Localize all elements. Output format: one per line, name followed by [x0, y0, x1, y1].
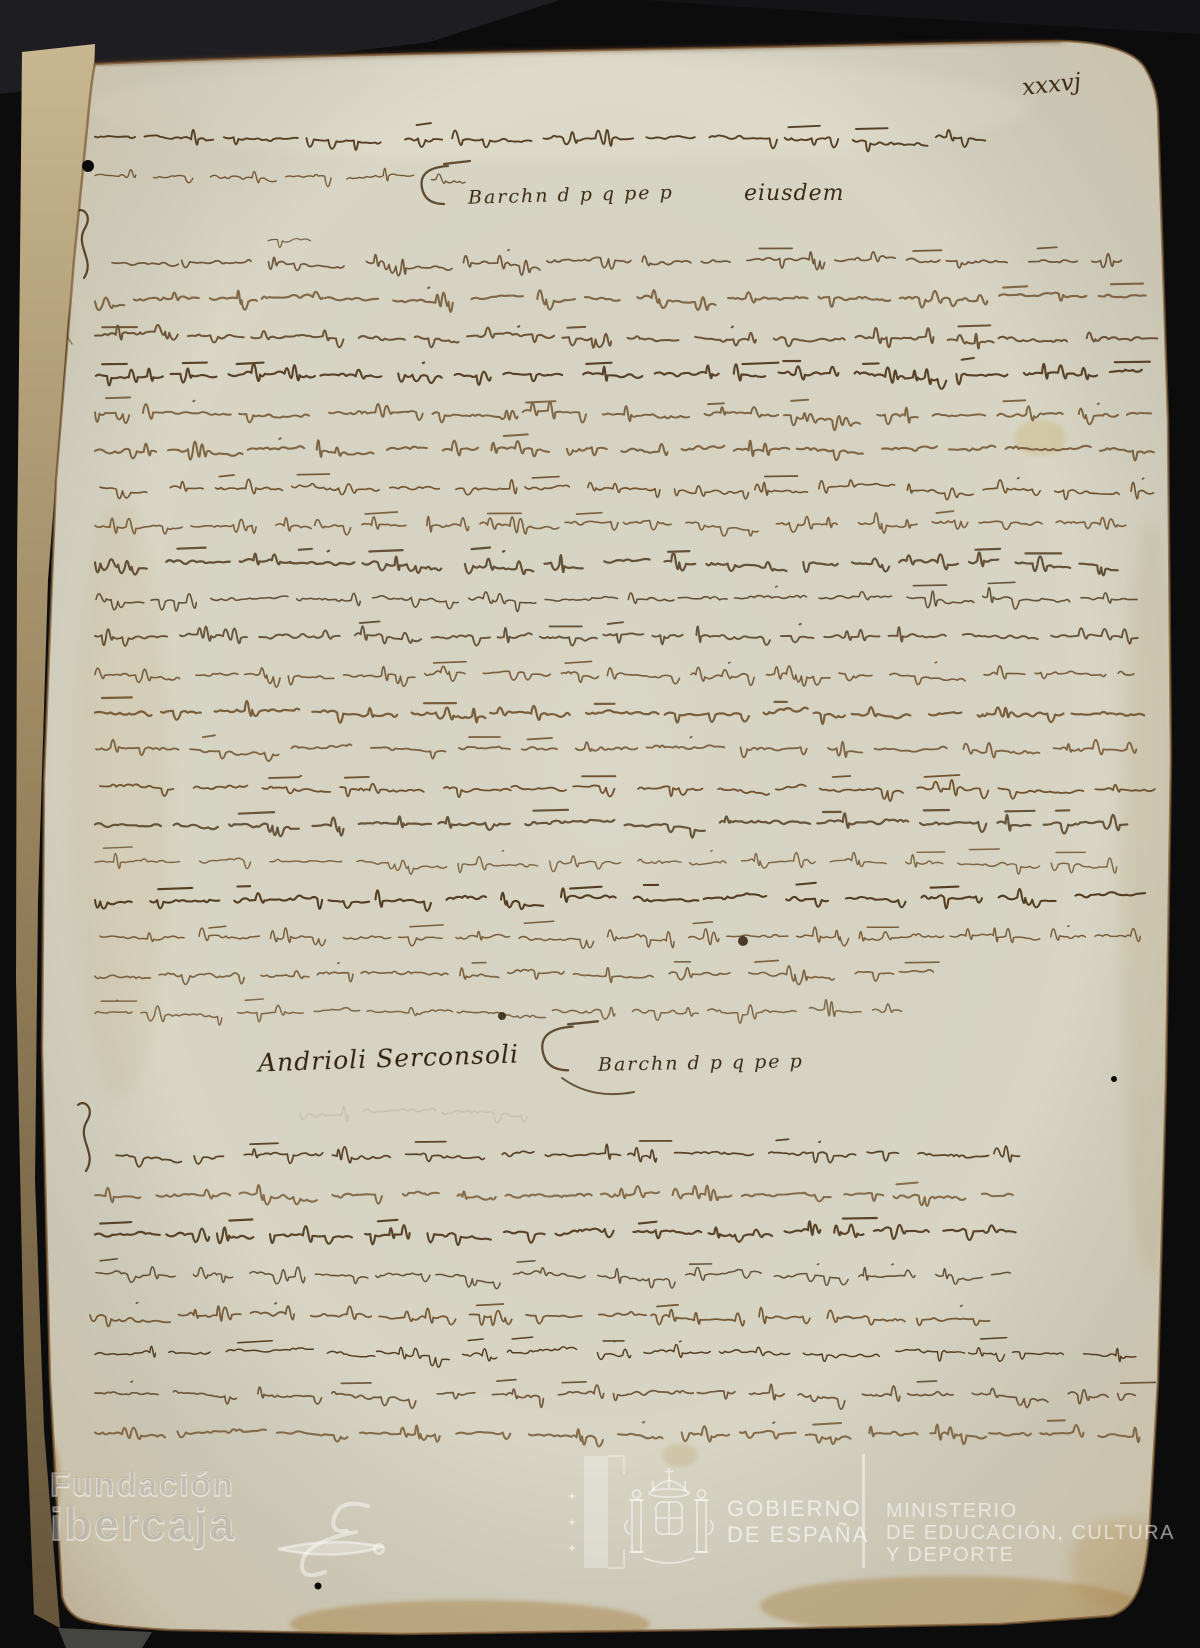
government-name-line1: GOBIERNO: [727, 1496, 862, 1522]
ibercaja-watermark: Fundación ibercaja: [50, 1466, 236, 1546]
ink-blot: [498, 1012, 506, 1020]
government-name-line2: DE ESPAÑA: [727, 1522, 869, 1548]
dateline-top-note: eiusdem: [744, 181, 844, 206]
spain-coat-of-arms-icon: [614, 1460, 724, 1578]
dateline-closing-text: Barchn d p q pe p: [598, 1050, 804, 1076]
page-svg: [0, 0, 1200, 1648]
ibercaja-watermark-subtitle: ibercaja: [50, 1504, 236, 1546]
manuscript-scan: xxxvj Barchn d p q pe p eiusdem Andrioli…: [0, 0, 1200, 1648]
torn-paper-fragment: [58, 1628, 152, 1648]
ministry-name-line1: MINISTERIO: [886, 1500, 1018, 1523]
wormhole: [82, 160, 94, 172]
ministry-name-line2: DE EDUCACIÓN, CULTURA: [886, 1522, 1175, 1545]
government-divider: [862, 1454, 865, 1568]
ink-blot: [738, 936, 748, 946]
ibercaja-logo-icon: [238, 1492, 408, 1587]
wormhole: [1111, 1076, 1117, 1082]
ministry-name-line3: Y DEPORTE: [886, 1544, 1014, 1567]
